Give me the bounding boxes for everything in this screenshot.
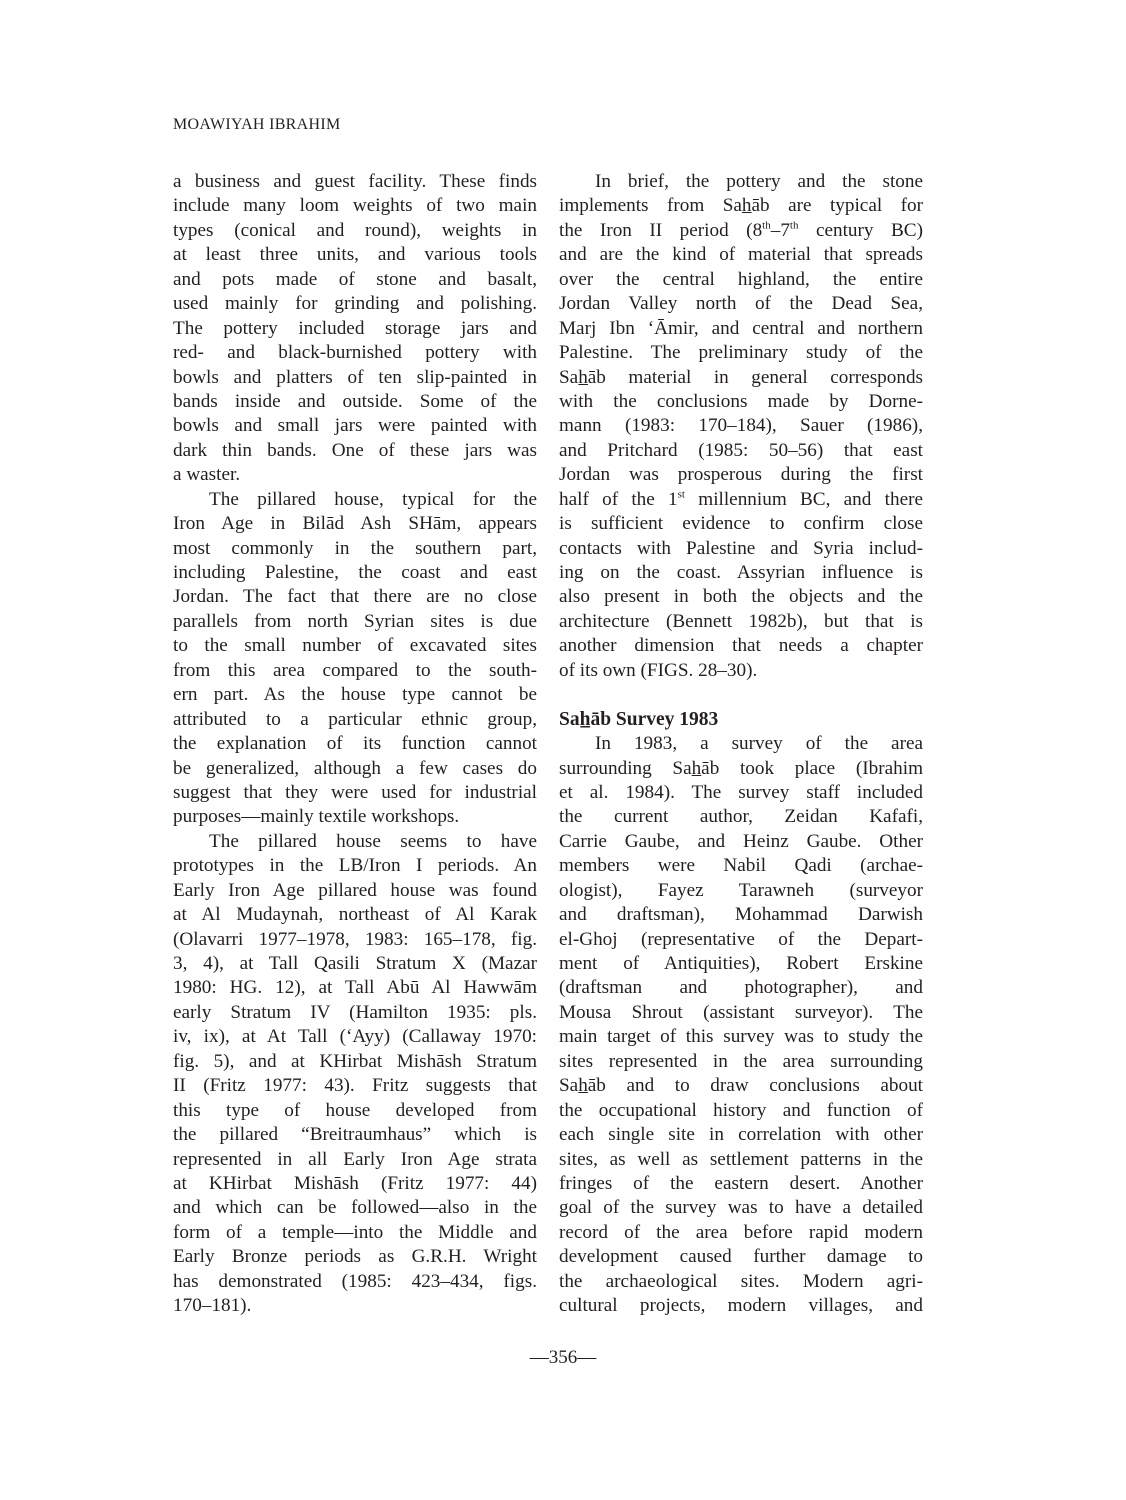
text-line: is sufficient evidence to confirm close	[559, 512, 923, 536]
text-line-content: this type of house developed from	[173, 1099, 537, 1123]
text-line-content: Carrie Gaube, and Heinz Gaube. Other	[559, 830, 923, 854]
paragraph-survey-1983: In 1983, a survey of the areasurrounding…	[559, 732, 923, 1319]
text-line-content: also present in both the objects and the	[559, 585, 923, 609]
text-line-content: surrounding Sah̲āb took place (Ibrahim	[559, 757, 923, 781]
text-line: II (Fritz 1977: 43). Fritz suggests that	[173, 1074, 537, 1098]
text-line-content: Jordan was prosperous during the first	[559, 463, 923, 487]
text-line-content: contacts with Palestine and Syria includ…	[559, 537, 923, 561]
text-line: suggest that they were used for industri…	[173, 781, 537, 805]
text-line-content: purposes—mainly textile workshops.	[173, 805, 537, 829]
text-line: mann (1983: 170–184), Sauer (1986),	[559, 414, 923, 438]
text-line-content: et al. 1984). The survey staff included	[559, 781, 923, 805]
text-line: architecture (Bennett 1982b), but that i…	[559, 610, 923, 634]
text-line: with the conclusions made by Dorne-	[559, 390, 923, 414]
text-line-content: prototypes in the LB/Iron I periods. An	[173, 854, 537, 878]
text-line-content: to the small number of excavated sites	[173, 634, 537, 658]
text-line: Marj Ibn ‘Āmir, and central and northern	[559, 317, 923, 341]
text-line: contacts with Palestine and Syria includ…	[559, 537, 923, 561]
text-line-content: Jordan Valley north of the Dead Sea,	[559, 292, 923, 316]
text-line: and Pritchard (1985: 50–56) that east	[559, 439, 923, 463]
text-line: form of a temple—into the Middle and	[173, 1221, 537, 1245]
text-line: also present in both the objects and the	[559, 585, 923, 609]
text-line: most commonly in the southern part,	[173, 537, 537, 561]
text-line-content: and draftsman), Mohammad Darwish	[559, 903, 923, 927]
text-line-content: bands inside and outside. Some of the	[173, 390, 537, 414]
text-line: el-Ghoj (representative of the Depart-	[559, 928, 923, 952]
text-line-content: Early Bronze periods as G.R.H. Wright	[173, 1245, 537, 1269]
text-line-content: fringes of the eastern desert. Another	[559, 1172, 923, 1196]
text-line-content: be generalized, although a few cases do	[173, 757, 537, 781]
text-line-content: the explanation of its function cannot	[173, 732, 537, 756]
text-line-content: with the conclusions made by Dorne-	[559, 390, 923, 414]
text-line-content: at Al Mudaynah, northeast of Al Karak	[173, 903, 537, 927]
text-line: Jordan Valley north of the Dead Sea,	[559, 292, 923, 316]
text-line-content: el-Ghoj (representative of the Depart-	[559, 928, 923, 952]
text-line: early Stratum IV (Hamilton 1935: pls.	[173, 1001, 537, 1025]
text-line: Carrie Gaube, and Heinz Gaube. Other	[559, 830, 923, 854]
text-line: record of the area before rapid modern	[559, 1221, 923, 1245]
text-line: fig. 5), and at KHirbat Mishāsh Stratum	[173, 1050, 537, 1074]
text-line: surrounding Sah̲āb took place (Ibrahim	[559, 757, 923, 781]
text-line: ologist), Fayez Tarawneh (surveyor	[559, 879, 923, 903]
text-line-content: Sah̲āb material in general corresponds	[559, 366, 923, 390]
text-line-content: the archaeological sites. Modern agri-	[559, 1270, 923, 1294]
text-line-content: ologist), Fayez Tarawneh (surveyor	[559, 879, 923, 903]
text-line: iv, ix), at At Tall (‘Ayy) (Callaway 197…	[173, 1025, 537, 1049]
text-line: cultural projects, modern villages, and	[559, 1294, 923, 1318]
text-line: Palestine. The preliminary study of the	[559, 341, 923, 365]
section-heading: Sah̲āb Survey 1983	[559, 708, 923, 732]
text-line: red- and black-burnished pottery with	[173, 341, 537, 365]
text-line: each single site in correlation with oth…	[559, 1123, 923, 1147]
text-line-content: bowls and platters of ten slip-painted i…	[173, 366, 537, 390]
text-line: has demonstrated (1985: 423–434, figs.	[173, 1270, 537, 1294]
text-line-content: 1980: HG. 12), at Tall Abū Al Hawwām	[173, 976, 537, 1000]
text-line: Iron Age in Bilād Ash SHām, appears	[173, 512, 537, 536]
text-line-content: bowls and small jars were painted with	[173, 414, 537, 438]
text-line-content: and pots made of stone and basalt,	[173, 268, 537, 292]
text-line-content: fig. 5), and at KHirbat Mishāsh Stratum	[173, 1050, 537, 1074]
text-line: fringes of the eastern desert. Another	[559, 1172, 923, 1196]
text-line-content: cultural projects, modern villages, and	[559, 1294, 923, 1318]
text-line-content: suggest that they were used for industri…	[173, 781, 537, 805]
text-line-content: at least three units, and various tools	[173, 243, 537, 267]
text-line-content: another dimension that needs a chapter	[559, 634, 923, 658]
text-line-content: (Olavarri 1977–1978, 1983: 165–178, fig.	[173, 928, 537, 952]
text-line: including Palestine, the coast and east	[173, 561, 537, 585]
text-line-content: development caused further damage to	[559, 1245, 923, 1269]
text-line-content: parallels from north Syrian sites is due	[173, 610, 537, 634]
text-line: The pillared house seems to have	[173, 830, 537, 854]
text-line-content: (draftsman and photographer), and	[559, 976, 923, 1000]
text-line: and draftsman), Mohammad Darwish	[559, 903, 923, 927]
text-line: ern part. As the house type cannot be	[173, 683, 537, 707]
text-line: (Olavarri 1977–1978, 1983: 165–178, fig.	[173, 928, 537, 952]
text-line: a business and guest facility. These fin…	[173, 170, 537, 194]
text-line: Sah̲āb and to draw conclusions about	[559, 1074, 923, 1098]
text-line: be generalized, although a few cases do	[173, 757, 537, 781]
text-line-content: Sah̲āb and to draw conclusions about	[559, 1074, 923, 1098]
text-line-content: Mousa Shrout (assistant surveyor). The	[559, 1001, 923, 1025]
text-line: the occupational history and function of	[559, 1099, 923, 1123]
text-line: The pillared house, typical for the	[173, 488, 537, 512]
text-line: Early Bronze periods as G.R.H. Wright	[173, 1245, 537, 1269]
text-line-content: half of the 1st millennium BC, and there	[559, 488, 923, 512]
text-line-content: from this area compared to the south-	[173, 659, 537, 683]
text-line: purposes—mainly textile workshops.	[173, 805, 537, 829]
text-line: members were Nabil Qadi (archae-	[559, 854, 923, 878]
text-line-content: attributed to a particular ethnic group,	[173, 708, 537, 732]
text-line: dark thin bands. One of these jars was	[173, 439, 537, 463]
text-line-content: represented in all Early Iron Age strata	[173, 1148, 537, 1172]
text-line: at KHirbat Mishāsh (Fritz 1977: 44)	[173, 1172, 537, 1196]
text-line: the Iron II period (8th–7th century BC)	[559, 219, 923, 243]
text-line: of its own (FIGS. 28–30).	[559, 659, 923, 683]
text-line-content: goal of the survey was to have a detaile…	[559, 1196, 923, 1220]
text-line-content: form of a temple—into the Middle and	[173, 1221, 537, 1245]
text-line-content: red- and black-burnished pottery with	[173, 341, 537, 365]
text-line: half of the 1st millennium BC, and there	[559, 488, 923, 512]
text-line: Early Iron Age pillared house was found	[173, 879, 537, 903]
text-line: 1980: HG. 12), at Tall Abū Al Hawwām	[173, 976, 537, 1000]
text-line-content: the current author, Zeidan Kafafi,	[559, 805, 923, 829]
text-line: Jordan. The fact that there are no close	[173, 585, 537, 609]
text-line-content: a business and guest facility. These fin…	[173, 170, 537, 194]
text-line: represented in all Early Iron Age strata	[173, 1148, 537, 1172]
text-line-content: most commonly in the southern part,	[173, 537, 537, 561]
text-line: the pillared “Breitraumhaus” which is	[173, 1123, 537, 1147]
text-line: Mousa Shrout (assistant surveyor). The	[559, 1001, 923, 1025]
text-line-content: and Pritchard (1985: 50–56) that east	[559, 439, 923, 463]
text-line: a waster.	[173, 463, 537, 487]
text-line: Jordan was prosperous during the first	[559, 463, 923, 487]
text-line: used mainly for grinding and polishing.	[173, 292, 537, 316]
text-line-content: The pillared house, typical for the	[209, 488, 537, 512]
text-line-content: ing on the coast. Assyrian influence is	[559, 561, 923, 585]
paragraph-iron-ii-summary: In brief, the pottery and the stoneimple…	[559, 170, 923, 683]
text-line: bowls and small jars were painted with	[173, 414, 537, 438]
text-line: types (conical and round), weights in	[173, 219, 537, 243]
text-line: and are the kind of material that spread…	[559, 243, 923, 267]
page-number: —356—	[0, 1347, 1126, 1369]
text-line-content: ment of Antiquities), Robert Erskine	[559, 952, 923, 976]
text-line-content: sites, as well as settlement patterns in…	[559, 1148, 923, 1172]
text-line: implements from Sah̲āb are typical for	[559, 194, 923, 218]
text-line-content: implements from Sah̲āb are typical for	[559, 194, 923, 218]
text-line: The pottery included storage jars and	[173, 317, 537, 341]
text-line: main target of this survey was to study …	[559, 1025, 923, 1049]
text-line: 170–181).	[173, 1294, 537, 1318]
text-line-content: and which can be followed—also in the	[173, 1196, 537, 1220]
text-line: (draftsman and photographer), and	[559, 976, 923, 1000]
text-line: In brief, the pottery and the stone	[559, 170, 923, 194]
text-line-content: the pillared “Breitraumhaus” which is	[173, 1123, 537, 1147]
text-line: the current author, Zeidan Kafafi,	[559, 805, 923, 829]
running-head-author: MOAWIYAH IBRAHIM	[173, 116, 341, 134]
text-line-content: The pillared house seems to have	[209, 830, 537, 854]
text-line: bowls and platters of ten slip-painted i…	[173, 366, 537, 390]
text-line-content: Marj Ibn ‘Āmir, and central and northern	[559, 317, 923, 341]
text-line: ing on the coast. Assyrian influence is	[559, 561, 923, 585]
text-line: sites, as well as settlement patterns in…	[559, 1148, 923, 1172]
text-line-content: II (Fritz 1977: 43). Fritz suggests that	[173, 1074, 537, 1098]
text-line: parallels from north Syrian sites is due	[173, 610, 537, 634]
text-line: at Al Mudaynah, northeast of Al Karak	[173, 903, 537, 927]
text-line: the explanation of its function cannot	[173, 732, 537, 756]
text-line-content: record of the area before rapid modern	[559, 1221, 923, 1245]
text-line-content: types (conical and round), weights in	[173, 219, 537, 243]
text-line: In 1983, a survey of the area	[559, 732, 923, 756]
text-line-content: 3, 4), at Tall Qasili Stratum X (Mazar	[173, 952, 537, 976]
text-line-content: and are the kind of material that spread…	[559, 243, 923, 267]
text-line: 3, 4), at Tall Qasili Stratum X (Mazar	[173, 952, 537, 976]
text-line-content: iv, ix), at At Tall (‘Ayy) (Callaway 197…	[173, 1025, 537, 1049]
text-line-content: include many loom weights of two main	[173, 194, 537, 218]
text-line-content: Iron Age in Bilād Ash SHām, appears	[173, 512, 537, 536]
text-line-content: main target of this survey was to study …	[559, 1025, 923, 1049]
text-line: this type of house developed from	[173, 1099, 537, 1123]
text-line-content: is sufficient evidence to confirm close	[559, 512, 923, 536]
text-line-content: the occupational history and function of	[559, 1099, 923, 1123]
text-line-content: the Iron II period (8th–7th century BC)	[559, 219, 923, 243]
text-line-content: each single site in correlation with oth…	[559, 1123, 923, 1147]
text-line-content: of its own (FIGS. 28–30).	[559, 659, 923, 683]
text-line: at least three units, and various tools	[173, 243, 537, 267]
text-line: another dimension that needs a chapter	[559, 634, 923, 658]
text-line-content: architecture (Bennett 1982b), but that i…	[559, 610, 923, 634]
text-line-content: Early Iron Age pillared house was found	[173, 879, 537, 903]
text-line: development caused further damage to	[559, 1245, 923, 1269]
text-line: over the central highland, the entire	[559, 268, 923, 292]
right-column: In brief, the pottery and the stoneimple…	[559, 170, 923, 1319]
text-line-content: Jordan. The fact that there are no close	[173, 585, 537, 609]
text-line-content: ern part. As the house type cannot be	[173, 683, 537, 707]
text-line-content: In brief, the pottery and the stone	[595, 170, 923, 194]
text-line-content: a waster.	[173, 463, 537, 487]
text-line-content: members were Nabil Qadi (archae-	[559, 854, 923, 878]
text-line: prototypes in the LB/Iron I periods. An	[173, 854, 537, 878]
text-line: attributed to a particular ethnic group,	[173, 708, 537, 732]
text-line-content: early Stratum IV (Hamilton 1935: pls.	[173, 1001, 537, 1025]
text-line: from this area compared to the south-	[173, 659, 537, 683]
text-line: goal of the survey was to have a detaile…	[559, 1196, 923, 1220]
text-line-content: used mainly for grinding and polishing.	[173, 292, 537, 316]
text-line-content: The pottery included storage jars and	[173, 317, 537, 341]
text-line-content: Palestine. The preliminary study of the	[559, 341, 923, 365]
text-line: and which can be followed—also in the	[173, 1196, 537, 1220]
text-line: sites represented in the area surroundin…	[559, 1050, 923, 1074]
text-line: the archaeological sites. Modern agri-	[559, 1270, 923, 1294]
text-line: and pots made of stone and basalt,	[173, 268, 537, 292]
text-line: bands inside and outside. Some of the	[173, 390, 537, 414]
text-line-content: dark thin bands. One of these jars was	[173, 439, 537, 463]
text-line-content: In 1983, a survey of the area	[595, 732, 923, 756]
text-line: et al. 1984). The survey staff included	[559, 781, 923, 805]
text-line-content: sites represented in the area surroundin…	[559, 1050, 923, 1074]
spacer	[559, 683, 923, 707]
text-line: Sah̲āb material in general corresponds	[559, 366, 923, 390]
text-line-content: has demonstrated (1985: 423–434, figs.	[173, 1270, 537, 1294]
text-line-content: over the central highland, the entire	[559, 268, 923, 292]
text-line: to the small number of excavated sites	[173, 634, 537, 658]
text-line: ment of Antiquities), Robert Erskine	[559, 952, 923, 976]
text-line-content: mann (1983: 170–184), Sauer (1986),	[559, 414, 923, 438]
text-line-content: at KHirbat Mishāsh (Fritz 1977: 44)	[173, 1172, 537, 1196]
left-column: a business and guest facility. These fin…	[173, 170, 537, 1319]
text-line: include many loom weights of two main	[173, 194, 537, 218]
text-line-content: including Palestine, the coast and east	[173, 561, 537, 585]
text-line-content: 170–181).	[173, 1294, 537, 1318]
